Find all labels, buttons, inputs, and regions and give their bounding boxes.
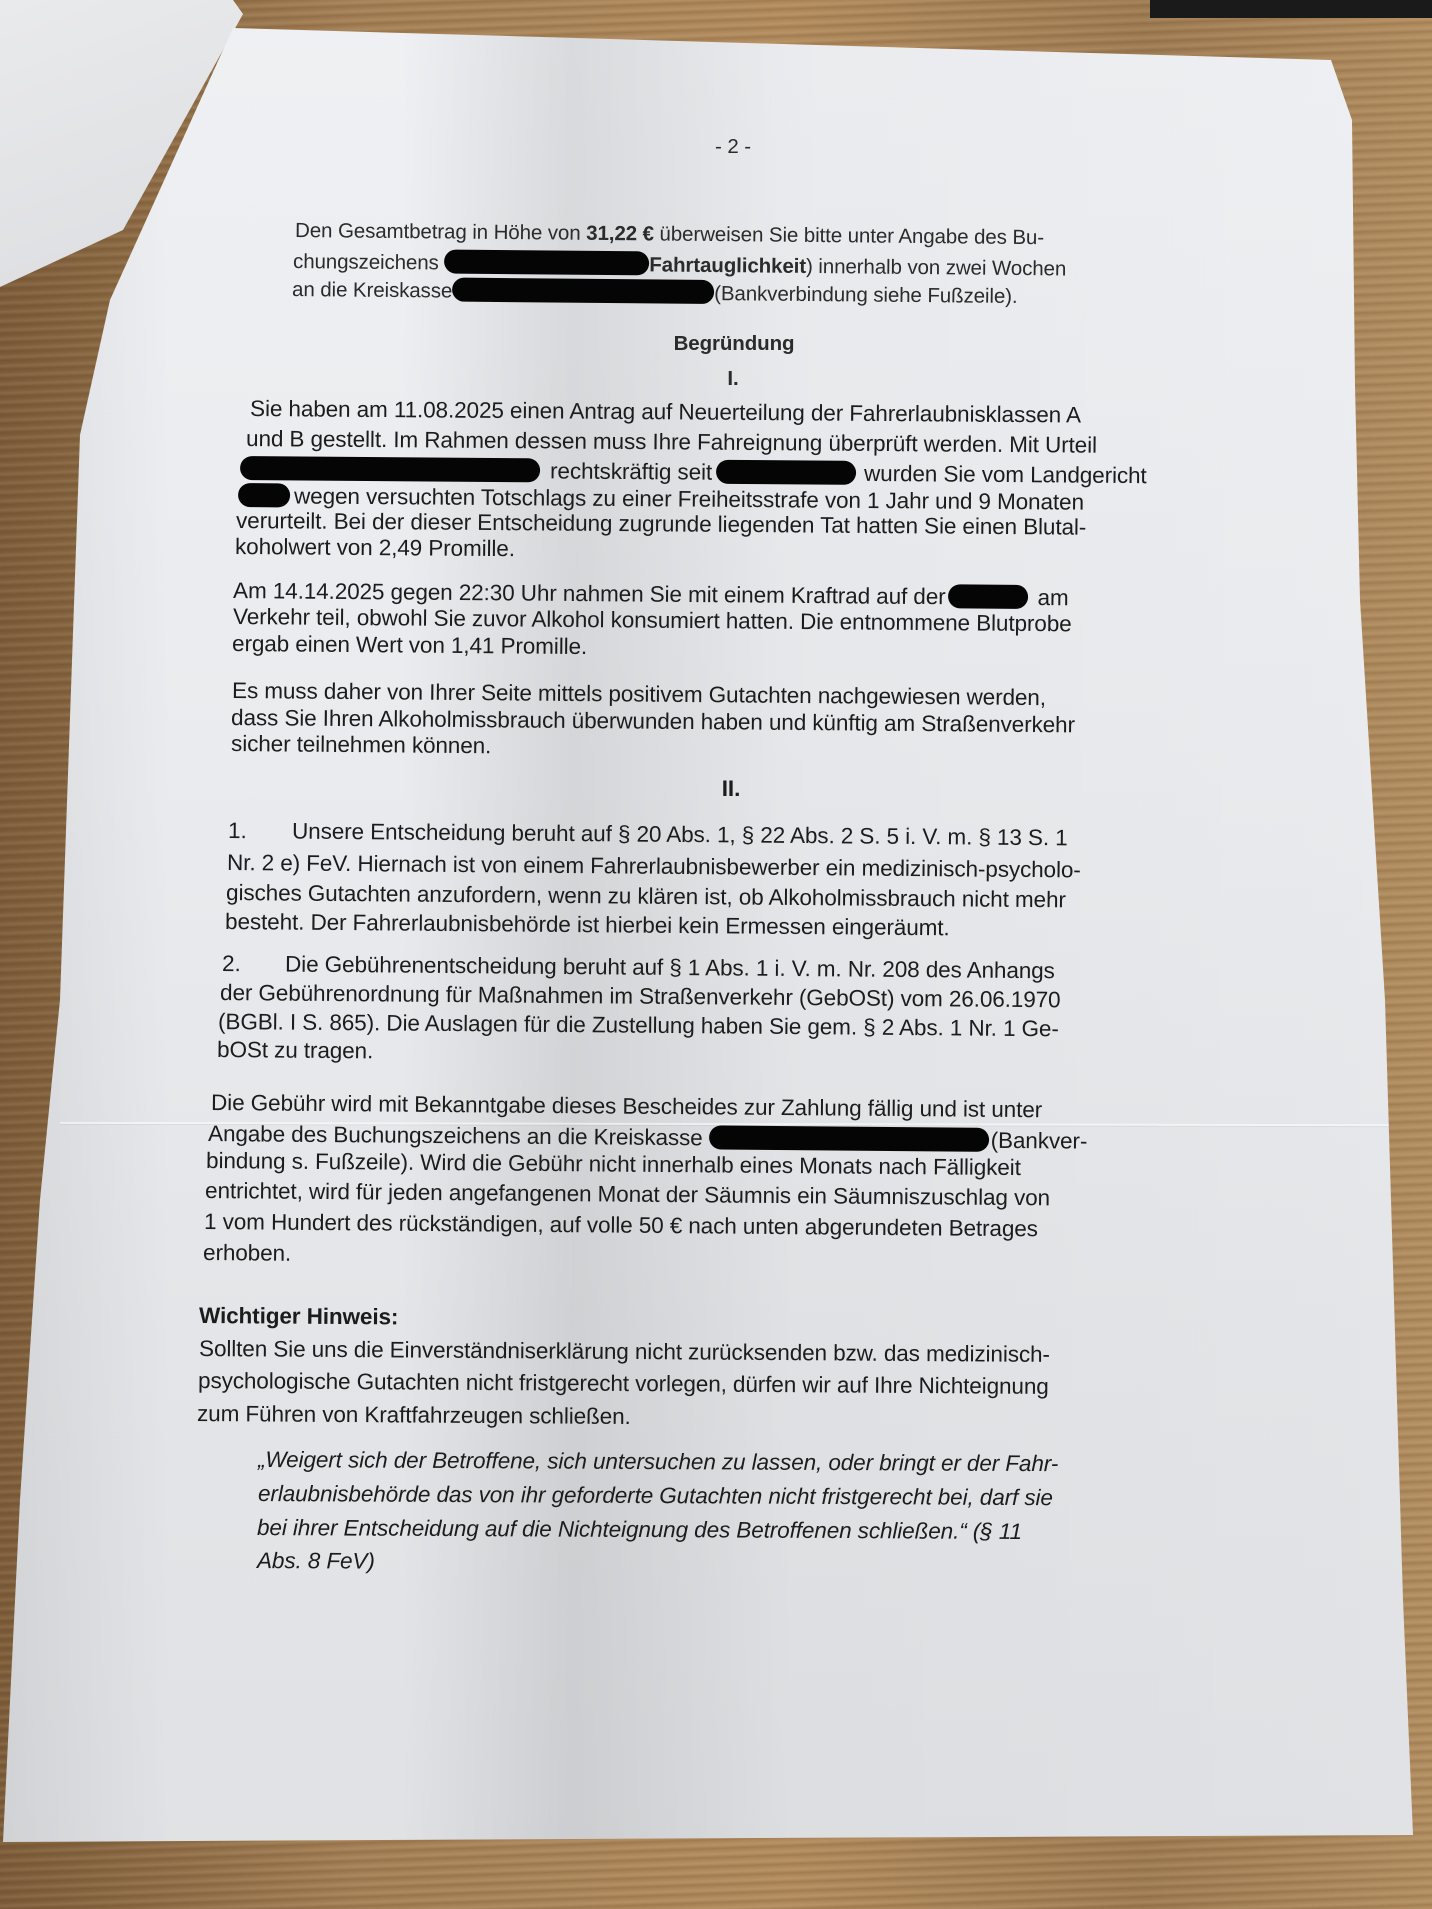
s1-p2-line-3: ergab einen Wert von 1,41 Promille.: [232, 633, 587, 659]
payment-line-3: an die Kreiskasse(Bankverbindung siehe F…: [292, 276, 1018, 307]
item-2-number: 2.: [222, 953, 285, 976]
fee-line-1: Die Gebühr wird mit Bekanntgabe dieses B…: [211, 1092, 1042, 1122]
notice-line-3: zum Führen von Kraftfahrzeugen schließen…: [197, 1403, 631, 1429]
quote-line-3: bei ihrer Entscheidung auf die Nichteign…: [257, 1517, 1022, 1544]
item-1-line-3: gisches Gutachten anzufordern, wenn zu k…: [226, 882, 1066, 912]
fee-line-5: 1 vom Hundert des rückständigen, auf vol…: [204, 1211, 1038, 1241]
redaction: [240, 456, 540, 482]
section-numeral-1: I.: [727, 369, 738, 390]
fee-line-3: bindung s. Fußzeile). Wird die Gebühr ni…: [206, 1150, 1021, 1180]
payment-line-2: chungszeichens Fahrtauglichkeit) innerha…: [293, 248, 1066, 280]
payment-line-1: Den Gesamtbetrag in Höhe von 31,22 € übe…: [295, 221, 1044, 249]
desk-edge: [1150, 0, 1432, 18]
redaction: [452, 278, 714, 305]
redaction: [238, 483, 290, 507]
notice-line-2: psychologische Gutachten nicht fristgere…: [198, 1370, 1049, 1398]
s1-p1-line-6: koholwert von 2,49 Promille.: [235, 536, 515, 561]
item-2-line-3: (BGBl. I S. 865). Die Auslagen für die Z…: [218, 1011, 1059, 1041]
notice-title: Wichtiger Hinweis:: [199, 1305, 398, 1329]
item-1-line-2: Nr. 2 e) FeV. Hiernach ist von einem Fah…: [227, 852, 1081, 882]
item-1-line-4: besteht. Der Fahrerlaubnisbehörde ist hi…: [225, 911, 950, 940]
fee-line-4: entrichtet, wird für jeden angefangenen …: [205, 1180, 1050, 1210]
fee-line-6: erhoben.: [203, 1242, 291, 1265]
s1-p1-line-1: Sie haben am 11.08.2025 einen Antrag auf…: [250, 398, 1081, 427]
quote-line-4: Abs. 8 FeV): [257, 1550, 375, 1573]
page-number: - 2 -: [715, 137, 751, 158]
s1-p3-line-3: sicher teilnehmen können.: [231, 733, 491, 758]
s1-p1-line-2: und B gestellt. Im Rahmen dessen muss Ih…: [246, 428, 1097, 457]
section-heading: Begründung: [674, 334, 795, 355]
amount: 31,22 €: [586, 222, 654, 246]
quote-line-2: erlaubnisbehörde das von ihr geforderte …: [258, 1483, 1053, 1510]
redaction: [444, 249, 649, 275]
redaction: [947, 584, 1027, 609]
section-numeral-2: II.: [722, 778, 740, 801]
s1-p1-line-3: rechtskräftig seitwurden Sie vom Landger…: [240, 456, 1147, 488]
redaction: [709, 1125, 989, 1151]
document-page: - 2 - Den Gesamtbetrag in Höhe von 31,22…: [0, 0, 1432, 1909]
item-1-line-1: 1.Unsere Entscheidung beruht auf § 20 Ab…: [228, 820, 1068, 850]
redaction: [716, 460, 856, 485]
item-2-line-4: bOSt zu tragen.: [217, 1039, 373, 1063]
notice-line-1: Sollten Sie uns die Einverständniserklär…: [199, 1338, 1050, 1366]
item-2-line-2: der Gebührenordnung für Maßnahmen im Str…: [220, 982, 1061, 1012]
item-1-number: 1.: [228, 820, 292, 843]
quote-line-1: „Weigert sich der Betroffene, sich unter…: [258, 1449, 1058, 1476]
item-2-line-1: 2.Die Gebührenentscheidung beruht auf § …: [222, 953, 1055, 983]
